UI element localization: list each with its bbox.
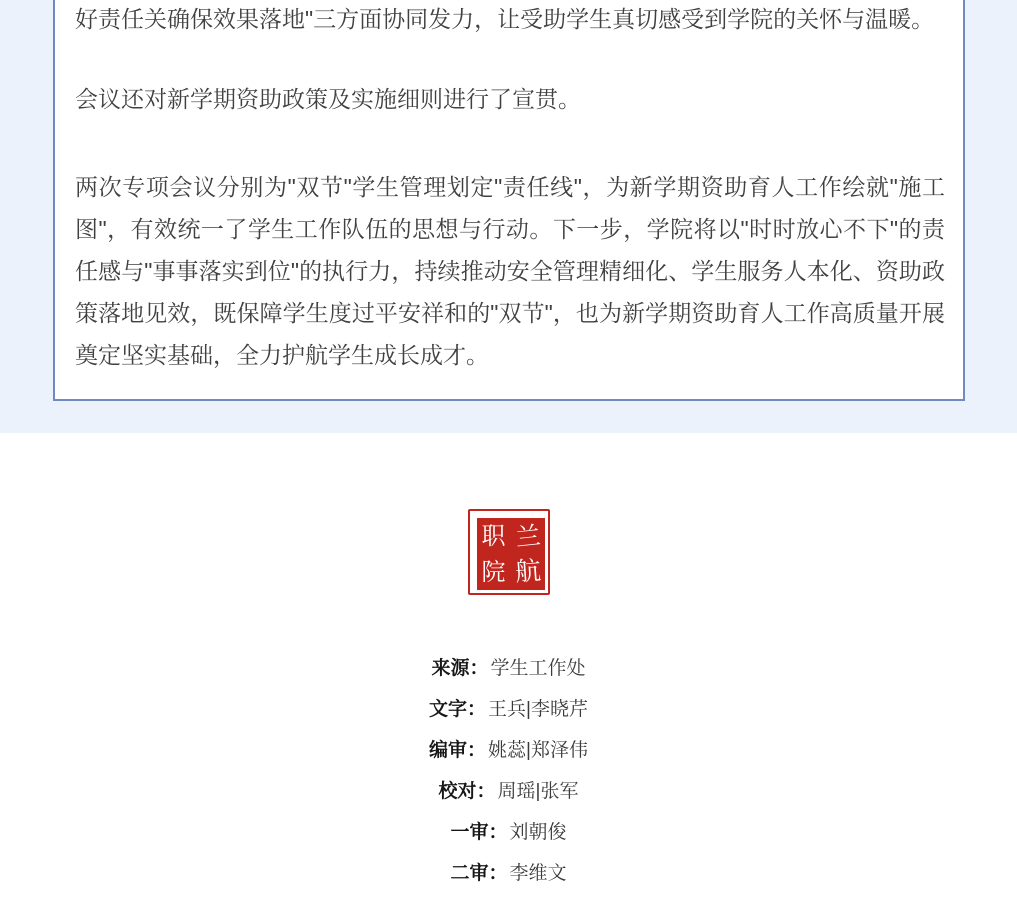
credit-label: 一审： [450, 822, 507, 843]
highlight-section: 好责任关确保效果落地"三方面协同发力，让受助学生真切感受到学院的关怀与温暖。 会… [0, 0, 1017, 433]
credit-label: 来源： [431, 658, 488, 679]
credit-label: 文字： [429, 699, 486, 720]
credit-line-first-review: 一审：刘朝俊 [0, 820, 1017, 846]
college-seal-icon: 职 兰 院 航 [468, 509, 550, 595]
seal-char-bottom-right: 航 [509, 553, 545, 591]
credit-label: 校对： [439, 781, 496, 802]
credit-line-editors: 编审：姚蕊|郑泽伟 [0, 738, 1017, 764]
credit-value: 学生工作处 [491, 658, 586, 679]
article-paragraph-2: 会议还对新学期资助政策及实施细则进行了宣贯。 [75, 78, 945, 120]
footer-section: 职 兰 院 航 来源：学生工作处 文字：王兵|李晓芹 编审：姚蕊|郑泽伟 校对：… [0, 509, 1017, 887]
article-text-card: 好责任关确保效果落地"三方面协同发力，让受助学生真切感受到学院的关怀与温暖。 会… [53, 0, 965, 401]
credit-value: 刘朝俊 [510, 822, 567, 843]
article-page: 好责任关确保效果落地"三方面协同发力，让受助学生真切感受到学院的关怀与温暖。 会… [0, 0, 1017, 912]
credit-label: 编审： [429, 740, 486, 761]
credit-line-text-authors: 文字：王兵|李晓芹 [0, 697, 1017, 723]
credit-line-source: 来源：学生工作处 [0, 656, 1017, 682]
seal-char-top-left: 职 [477, 518, 511, 554]
credit-value: 姚蕊|郑泽伟 [488, 740, 588, 761]
credit-value: 周瑶|张军 [498, 781, 579, 802]
credit-value: 李维文 [510, 863, 567, 884]
article-paragraph-3: 两次专项会议分别为"双节"学生管理划定"责任线"，为新学期资助育人工作绘就"施工… [75, 166, 945, 376]
credit-line-proofreaders: 校对：周瑶|张军 [0, 779, 1017, 805]
seal-stamp-face: 职 兰 院 航 [477, 518, 545, 590]
article-paragraph-1: 好责任关确保效果落地"三方面协同发力，让受助学生真切感受到学院的关怀与温暖。 [75, 0, 945, 40]
credits-block: 来源：学生工作处 文字：王兵|李晓芹 编审：姚蕊|郑泽伟 校对：周瑶|张军 一审… [0, 656, 1017, 887]
seal-char-top-right: 兰 [509, 516, 547, 555]
credit-label: 二审： [450, 863, 507, 884]
seal-char-bottom-left: 院 [477, 554, 511, 590]
credit-line-second-review: 二审：李维文 [0, 861, 1017, 887]
credit-value: 王兵|李晓芹 [488, 699, 588, 720]
